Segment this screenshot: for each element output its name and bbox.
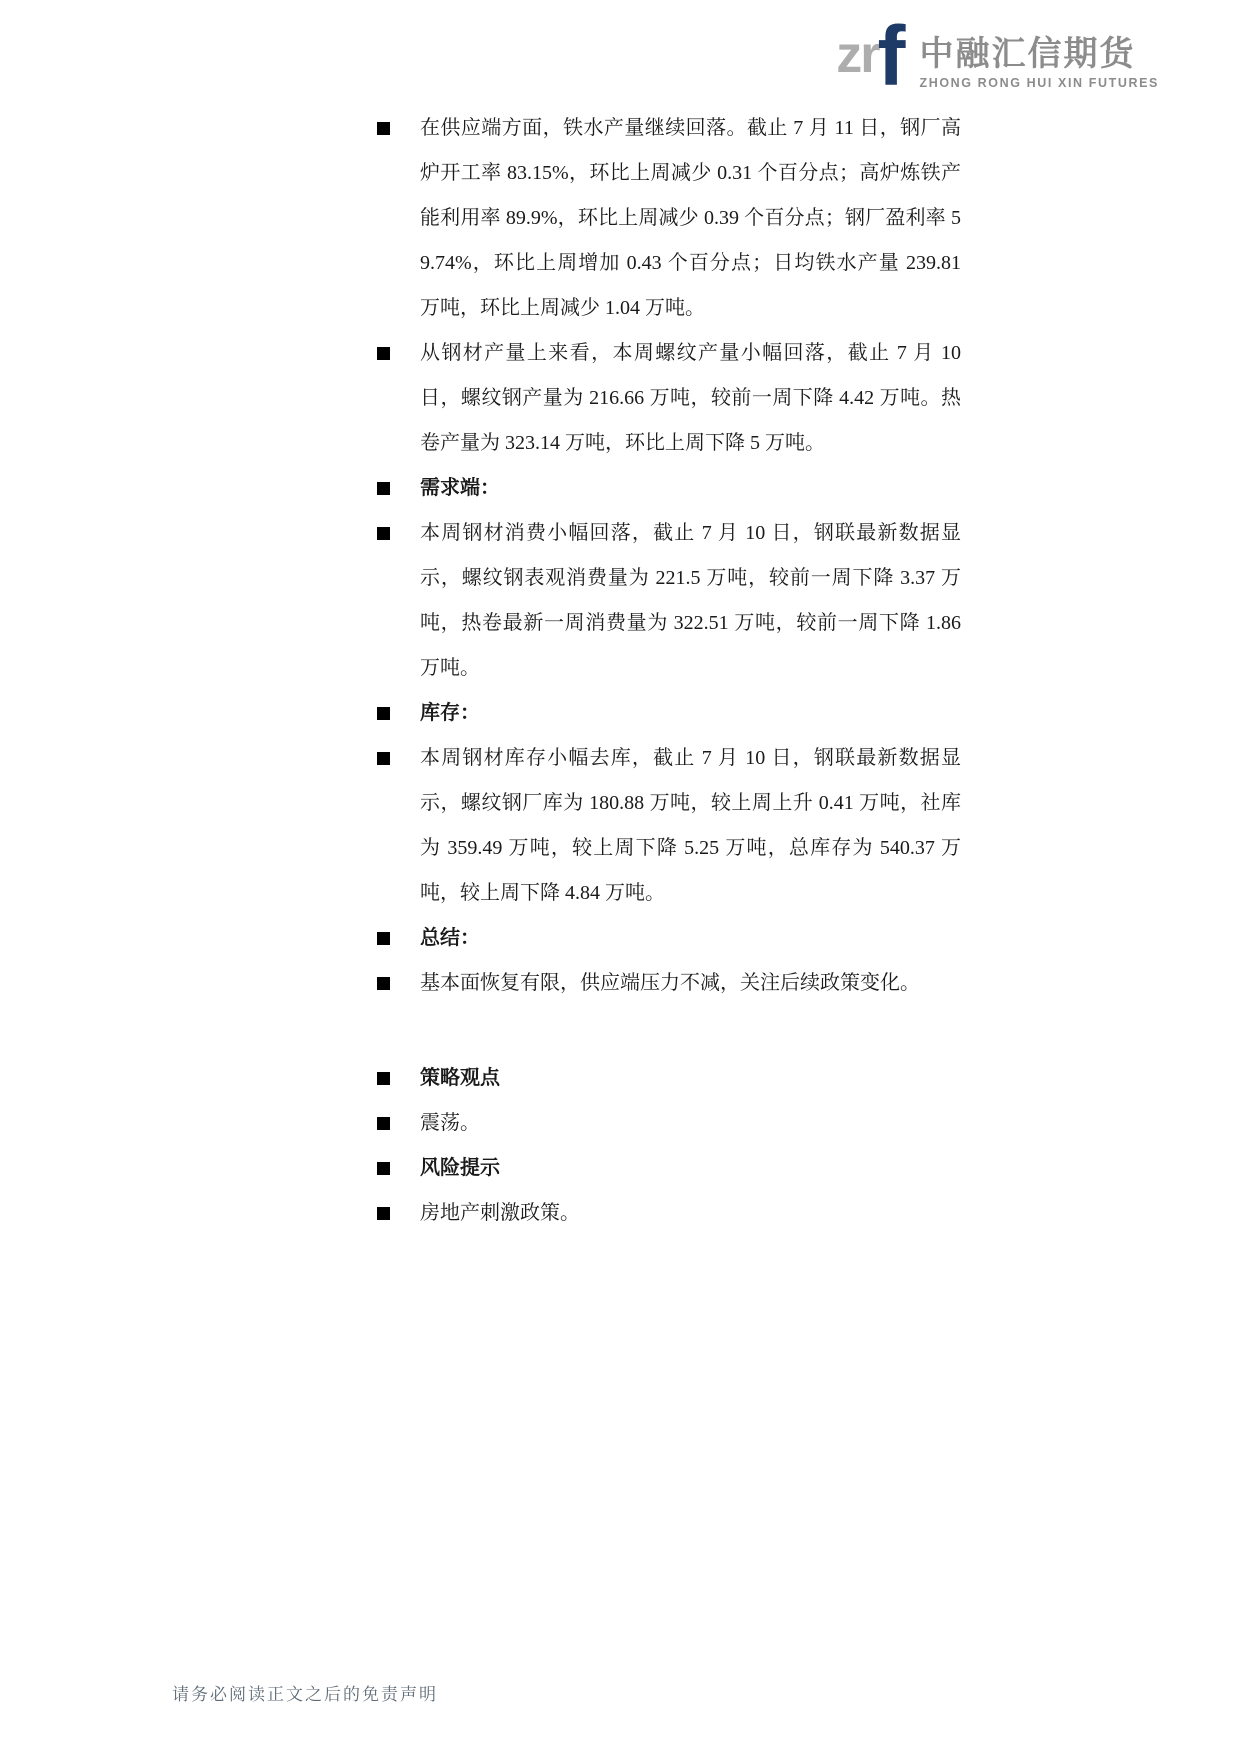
summary-bullet-list: 在供应端方面，铁水产量继续回落。截止 7 月 11 日，钢厂高炉开工率 83.1… <box>377 106 961 1236</box>
logo-f-letter: f <box>877 24 905 90</box>
bullet-heading-text: 策略观点 <box>420 1056 961 1101</box>
bullet-square-icon <box>377 977 390 990</box>
bullet-heading-text: 库存： <box>420 691 961 736</box>
bullet-text: 本周钢材消费小幅回落，截止 7 月 10 日，钢联最新数据显示，螺纹钢表观消费量… <box>420 511 961 691</box>
bullet-heading-strategy: 策略观点 <box>377 1056 961 1101</box>
disclaimer-note: 请务必阅读正文之后的免责声明 <box>172 1680 438 1705</box>
bullet-square-icon <box>377 527 390 540</box>
bullet-heading-text: 风险提示 <box>420 1146 961 1191</box>
bullet-square-icon <box>377 1162 390 1175</box>
logo-zr-letters: zr <box>836 37 878 74</box>
bullet-square-icon <box>377 932 390 945</box>
bullet-text: 房地产刺激政策。 <box>420 1191 961 1236</box>
bullet-item-inventory-detail: 本周钢材库存小幅去库，截止 7 月 10 日，钢联最新数据显示，螺纹钢厂库为 1… <box>377 736 961 916</box>
bullet-square-icon <box>377 122 390 135</box>
bullet-item-strategy-detail: 震荡。 <box>377 1101 961 1146</box>
bullet-item-supply: 在供应端方面，铁水产量继续回落。截止 7 月 11 日，钢厂高炉开工率 83.1… <box>377 106 961 331</box>
bullet-item-consumption: 本周钢材消费小幅回落，截止 7 月 10 日，钢联最新数据显示，螺纹钢表观消费量… <box>377 511 961 691</box>
bullet-item-risk-detail: 房地产刺激政策。 <box>377 1191 961 1236</box>
bullet-heading-text: 总结： <box>420 916 961 961</box>
report-page: zr f 中融汇信期货 ZHONG RONG HUI XIN FUTURES 在… <box>0 0 1241 1755</box>
bullet-square-icon <box>377 752 390 765</box>
bullet-text: 本周钢材库存小幅去库，截止 7 月 10 日，钢联最新数据显示，螺纹钢厂库为 1… <box>420 736 961 916</box>
bullet-heading-text: 需求端： <box>420 466 961 511</box>
bullet-text: 震荡。 <box>420 1101 961 1146</box>
bullet-square-icon <box>377 1207 390 1220</box>
company-name-block: 中融汇信期货 ZHONG RONG HUI XIN FUTURES <box>919 37 1159 90</box>
bullet-square-icon <box>377 1117 390 1130</box>
bullet-square-icon <box>377 707 390 720</box>
bullet-text: 在供应端方面，铁水产量继续回落。截止 7 月 11 日，钢厂高炉开工率 83.1… <box>420 106 961 331</box>
bullet-text: 基本面恢复有限，供应端压力不减，关注后续政策变化。 <box>420 961 961 1006</box>
company-name-cn: 中融汇信期货 <box>919 37 1135 73</box>
bullet-item-conclusion-detail: 基本面恢复有限，供应端压力不减，关注后续政策变化。 <box>377 961 961 1006</box>
bullet-text: 从钢材产量上来看，本周螺纹产量小幅回落，截止 7 月 10 日，螺纹钢产量为 2… <box>420 331 961 466</box>
bullet-heading-conclusion: 总结： <box>377 916 961 961</box>
bullet-heading-risk: 风险提示 <box>377 1146 961 1191</box>
bullet-heading-demand: 需求端： <box>377 466 961 511</box>
company-name-en: ZHONG RONG HUI XIN FUTURES <box>919 76 1159 90</box>
company-logo: zr f 中融汇信期货 ZHONG RONG HUI XIN FUTURES <box>836 24 1159 90</box>
bullet-square-icon <box>377 1072 390 1085</box>
bullet-item-steel-output: 从钢材产量上来看，本周螺纹产量小幅回落，截止 7 月 10 日，螺纹钢产量为 2… <box>377 331 961 466</box>
bullet-square-icon <box>377 482 390 495</box>
bullet-heading-inventory: 库存： <box>377 691 961 736</box>
zrf-logo-icon: zr f <box>836 24 905 90</box>
bullet-square-icon <box>377 347 390 360</box>
